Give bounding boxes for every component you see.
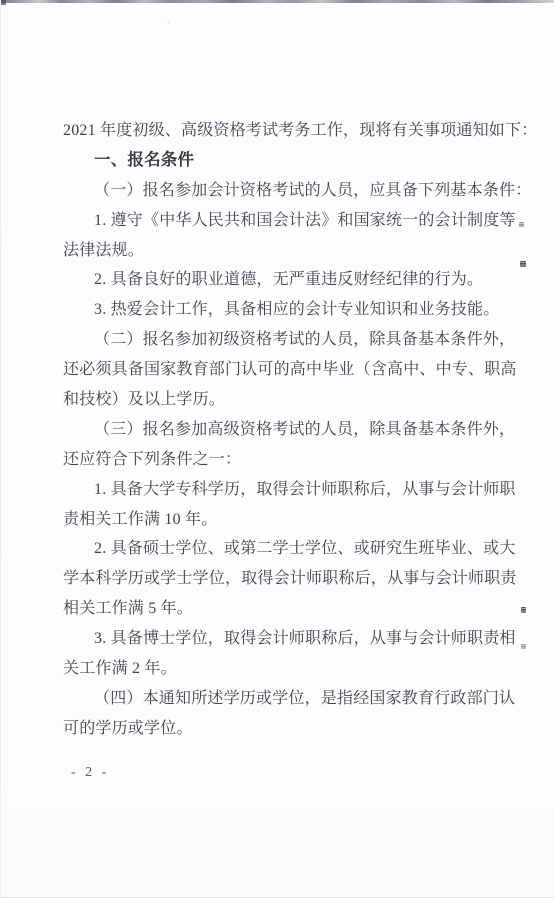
text-line: 2021 年度初级、高级资格考试考务工作，现将有关事项通知如下： [63, 116, 495, 146]
text-line: 法律法规。 [63, 236, 495, 266]
document-body: 2021 年度初级、高级资格考试考务工作，现将有关事项通知如下：一、报名条件（一… [63, 116, 495, 744]
text-line: 关工作满 2 年。 [63, 654, 495, 684]
text-line: 可的学历或学位。 [63, 714, 495, 744]
text-line: 2. 具备良好的职业道德，无严重违反财经纪律的行为。 [63, 265, 495, 295]
page-number: - 2 - [71, 765, 109, 781]
section-heading: 一、报名条件 [63, 146, 495, 176]
text-line: 责相关工作满 10 年。 [63, 505, 495, 535]
text-line: 1. 遵守《中华人民共和国会计法》和国家统一的会计制度等 [63, 206, 495, 236]
scan-edge-artifact-top [0, 0, 554, 3]
scan-edge-artifact-left [0, 0, 1, 898]
text-line: （三）报名参加高级资格考试的人员，除具备基本条件外， [63, 415, 495, 445]
scanned-document-page: 2021 年度初级、高级资格考试考务工作，现将有关事项通知如下：一、报名条件（一… [0, 0, 554, 898]
text-line: 3. 具备博士学位，取得会计师职称后，从事与会计师职责相 [63, 624, 495, 654]
text-line: （一）报名参加会计资格考试的人员，应具备下列基本条件： [63, 176, 495, 206]
text-line: 2. 具备硕士学位、或第二学士学位、或研究生班毕业、或大 [63, 534, 495, 564]
text-line: 还必须具备国家教育部门认可的高中毕业（含高中、中专、职高 [63, 355, 495, 385]
scan-speck [520, 261, 526, 267]
text-line: 学本科学历或学士学位，取得会计师职称后，从事与会计师职责 [63, 564, 495, 594]
scan-speck [521, 644, 526, 649]
scan-speck [519, 222, 524, 227]
scan-speck [167, 21, 170, 24]
text-line: 相关工作满 5 年。 [63, 594, 495, 624]
text-line: 3. 热爱会计工作，具备相应的会计专业知识和业务技能。 [63, 295, 495, 325]
text-line: （二）报名参加初级资格考试的人员，除具备基本条件外， [63, 325, 495, 355]
scan-speck [521, 607, 526, 613]
text-line: （四）本通知所述学历或学位，是指经国家教育行政部门认 [63, 684, 495, 714]
text-line: 1. 具备大学专科学历，取得会计师职称后，从事与会计师职 [63, 475, 495, 505]
text-line: 还应符合下列条件之一： [63, 445, 495, 475]
text-line: 和技校）及以上学历。 [63, 385, 495, 415]
